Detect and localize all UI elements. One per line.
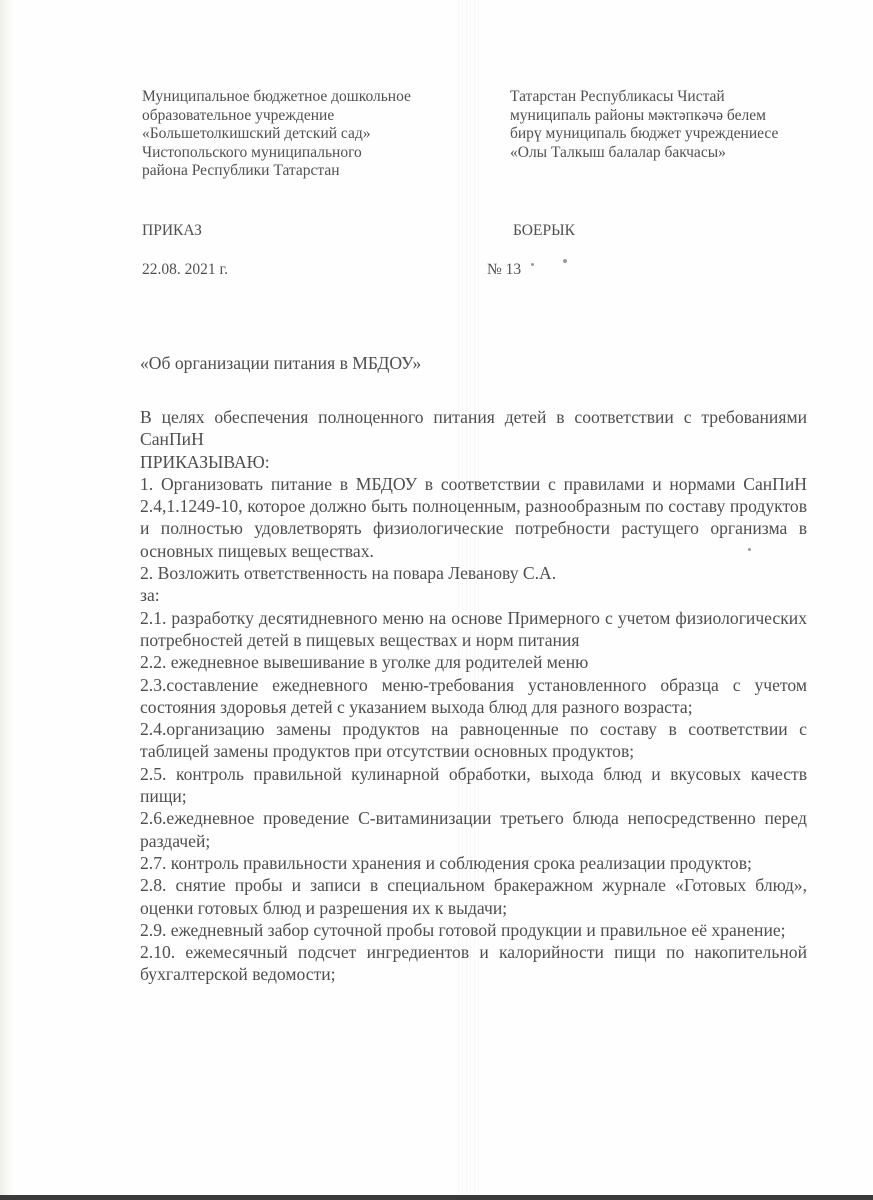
header-line: Муниципальное бюджетное дошкольное — [142, 88, 462, 107]
order-item: за: — [140, 584, 807, 606]
order-item: 2.2. ежедневное вывешивание в уголке для… — [140, 651, 807, 673]
order-item: 2.4.организацию замены продуктов на равн… — [140, 718, 807, 763]
scan-speck — [531, 263, 534, 266]
order-item: 2.9. ежедневный забор суточной пробы гот… — [140, 919, 807, 941]
header-line: муниципаль районы мәктәпкәчә белем — [510, 107, 830, 126]
order-item: 2. Возложить ответственность на повара Л… — [140, 562, 807, 584]
scan-edge-shadow — [0, 0, 12, 1196]
header-line: «Олы Талкыш балалар бакчасы» — [510, 144, 830, 163]
order-item: 2.10. ежемесячный подсчет ингредиентов и… — [140, 941, 807, 986]
scan-bottom-edge — [0, 1195, 873, 1200]
scan-speck — [563, 259, 567, 263]
order-item: 2.1. разработку десятидневного меню на о… — [140, 607, 807, 652]
order-item: 2.7. контроль правильности хранения и со… — [140, 852, 807, 874]
header-line: Чистопольского муниципального — [142, 144, 462, 163]
order-label-ru: ПРИКАЗ — [142, 222, 202, 240]
order-item: 1. Организовать питание в МБДОУ в соотве… — [140, 473, 807, 562]
order-label-tt: БОЕРЫК — [513, 222, 575, 240]
header-line: бирү муниципаль бюджет учреждениесе — [510, 125, 830, 144]
order-item: 2.8. снятие пробы и записи в специальном… — [140, 874, 807, 919]
order-date: 22.08. 2021 г. — [142, 261, 228, 279]
order-item: 2.6.ежедневное проведение С-витаминизаци… — [140, 807, 807, 852]
order-item: 2.3.составление ежедневного меню-требова… — [140, 674, 807, 719]
header-line: района Республики Татарстан — [142, 162, 462, 181]
document-title: «Об организации питания в МБДОУ» — [140, 353, 421, 374]
document-body: В целях обеспечения полноценного питания… — [140, 406, 807, 986]
header-line: Татарстан Республикасы Чистай — [510, 88, 830, 107]
scanned-page: Муниципальное бюджетное дошкольное образ… — [0, 0, 873, 1200]
preamble: В целях обеспечения полноценного питания… — [140, 406, 807, 451]
header-institution-ru: Муниципальное бюджетное дошкольное образ… — [142, 88, 462, 181]
order-word: ПРИКАЗЫВАЮ: — [140, 451, 807, 473]
order-item: 2.5. контроль правильной кулинарной обра… — [140, 763, 807, 808]
header-line: «Большетолкишский детский сад» — [142, 125, 462, 144]
header-line: образовательное учреждение — [142, 107, 462, 126]
header-institution-tt: Татарстан Республикасы Чистай муниципаль… — [510, 88, 830, 162]
order-number: № 13 — [487, 261, 521, 279]
